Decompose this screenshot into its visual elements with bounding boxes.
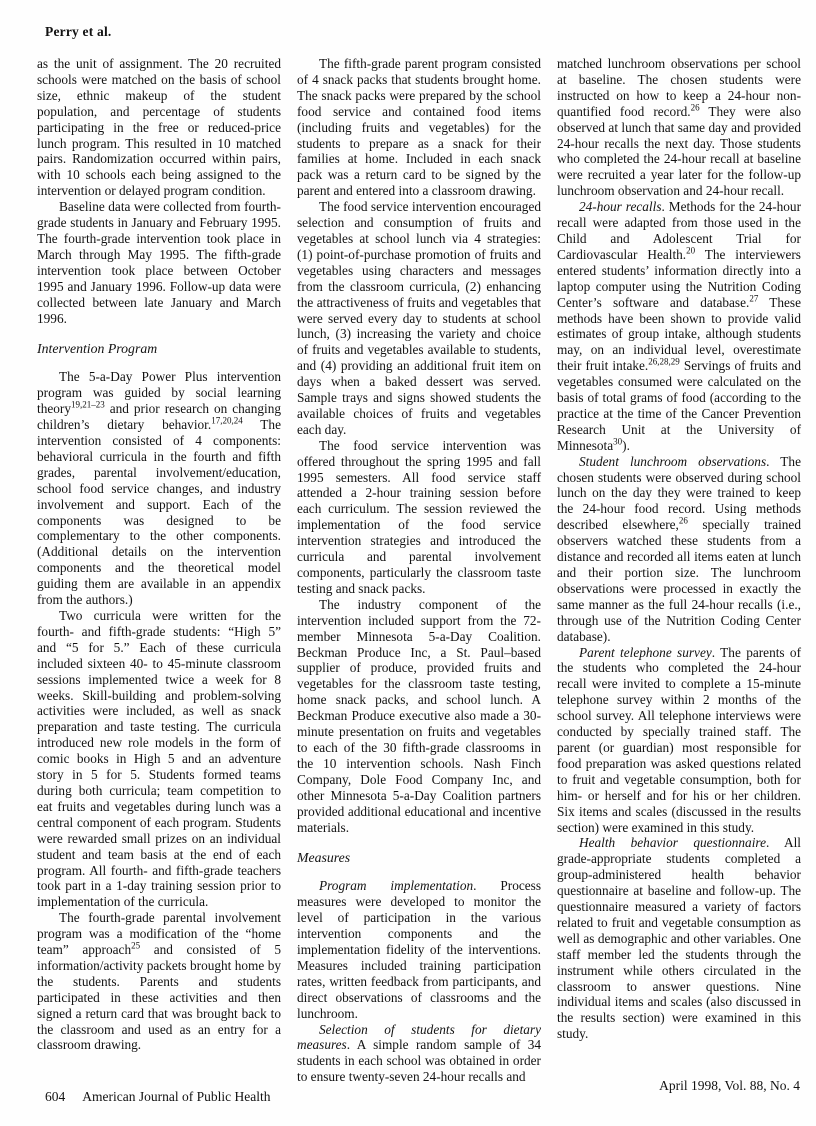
footer-left: 604American Journal of Public Health bbox=[45, 1089, 270, 1105]
paragraph: The fourth-grade parental involvement pr… bbox=[37, 910, 281, 1053]
paragraph: Selection of students for dietary measur… bbox=[297, 1022, 541, 1086]
section-heading: Measures bbox=[297, 850, 541, 866]
running-head: Perry et al. bbox=[45, 24, 112, 40]
footer-journal-name: American Journal of Public Health bbox=[82, 1089, 270, 1104]
section-heading: Intervention Program bbox=[37, 341, 281, 357]
paragraph: 24-hour recalls. Methods for the 24-hour… bbox=[557, 199, 801, 454]
paragraph: as the unit of assignment. The 20 recrui… bbox=[37, 56, 281, 199]
paragraph: Baseline data were collected from fourth… bbox=[37, 199, 281, 326]
paragraph: The food service intervention was offere… bbox=[297, 438, 541, 597]
reference-superscript: 17,20,24 bbox=[211, 416, 243, 426]
paragraph: Program implementation. Process measures… bbox=[297, 878, 541, 1021]
reference-superscript: 26 bbox=[691, 102, 700, 112]
footer-page-number: 604 bbox=[45, 1089, 65, 1104]
paragraph: matched lunchroom observations per schoo… bbox=[557, 56, 801, 199]
reference-superscript: 27 bbox=[749, 293, 758, 303]
paragraph: Two curricula were written for the fourt… bbox=[37, 608, 281, 910]
text-column-2: The fifth-grade parent program consisted… bbox=[297, 56, 541, 1085]
paragraph: The food service intervention encouraged… bbox=[297, 199, 541, 438]
paragraph: Parent telephone survey. The parents of … bbox=[557, 645, 801, 836]
paragraph: Student lunchroom observations. The chos… bbox=[557, 454, 801, 645]
reference-superscript: 30 bbox=[613, 436, 622, 446]
reference-superscript: 25 bbox=[131, 941, 140, 951]
reference-superscript: 26,28,29 bbox=[648, 357, 680, 367]
text-column-1: as the unit of assignment. The 20 recrui… bbox=[37, 56, 281, 1053]
reference-superscript: 19,21–23 bbox=[71, 400, 105, 410]
paragraph: The industry component of the interventi… bbox=[297, 597, 541, 836]
paragraph: The fifth-grade parent program consisted… bbox=[297, 56, 541, 199]
reference-superscript: 20 bbox=[686, 245, 695, 255]
text-column-3: matched lunchroom observations per schoo… bbox=[557, 56, 801, 1042]
paragraph: The 5-a-Day Power Plus intervention prog… bbox=[37, 369, 281, 608]
journal-page: Perry et al. as the unit of assignment. … bbox=[0, 0, 816, 1126]
reference-superscript: 26 bbox=[679, 516, 688, 526]
paragraph: Health behavior questionnaire. All grade… bbox=[557, 835, 801, 1042]
footer-issue-info: April 1998, Vol. 88, No. 4 bbox=[659, 1078, 800, 1094]
